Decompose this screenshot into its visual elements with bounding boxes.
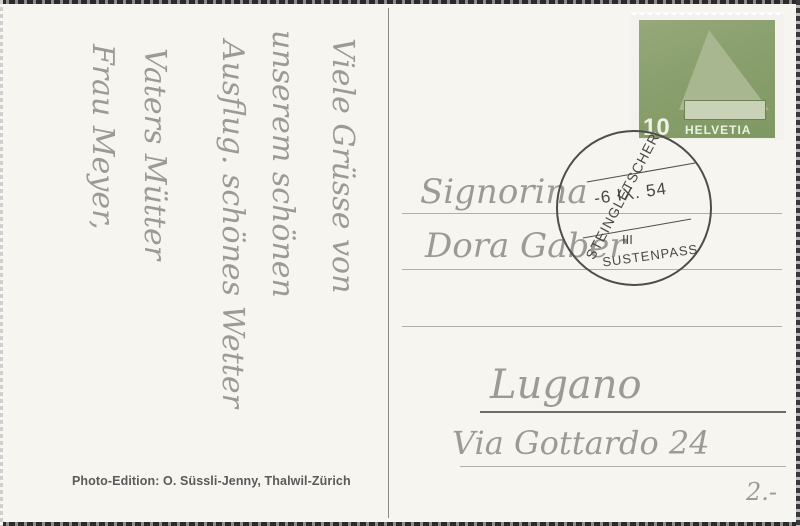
message-line-3: Ausflug. schönes Wetter — [215, 40, 250, 408]
publisher-imprint: Photo-Edition: O. Süssli-Jenny, Thalwil-… — [72, 474, 351, 488]
deckled-edge-left — [0, 0, 3, 526]
address-rule-street — [460, 466, 786, 467]
train-icon — [684, 100, 766, 120]
message-line-5: Frau Meyer, — [85, 44, 120, 230]
postmark-subtitle: SUSTENPASS — [601, 241, 699, 269]
deckled-edge-top — [0, 0, 800, 4]
postage-stamp: 10 HELVETIA — [630, 12, 784, 140]
message-line-1: Viele Grüsse von — [325, 38, 360, 293]
address-street: Via Gottardo 24 — [452, 424, 710, 462]
corner-note: 2.- — [746, 478, 777, 506]
postmark-cancel: STEINGLETSCHER -6 IX. 54 III SUSTENPASS — [556, 130, 712, 286]
address-rule-city — [480, 411, 786, 413]
address-city: Lugano — [490, 362, 642, 408]
deckled-edge-bottom — [0, 522, 800, 526]
postcard-back: Viele Grüsse von unserem schönen Ausflug… — [0, 0, 800, 526]
message-line-4: Vaters Mütter — [137, 48, 172, 260]
address-rule-3 — [402, 326, 782, 327]
postmark-date: -6 IX. 54 — [593, 179, 668, 209]
stamp-perforation — [630, 12, 784, 18]
mountain-icon — [679, 30, 769, 110]
center-divider — [388, 8, 389, 518]
deckled-edge-right — [796, 0, 800, 526]
stamp-image: 10 HELVETIA — [639, 20, 775, 138]
postmark-number: III — [622, 232, 633, 247]
stamp-country: HELVETIA — [685, 124, 751, 136]
message-line-2: unserem schönen — [265, 30, 300, 298]
